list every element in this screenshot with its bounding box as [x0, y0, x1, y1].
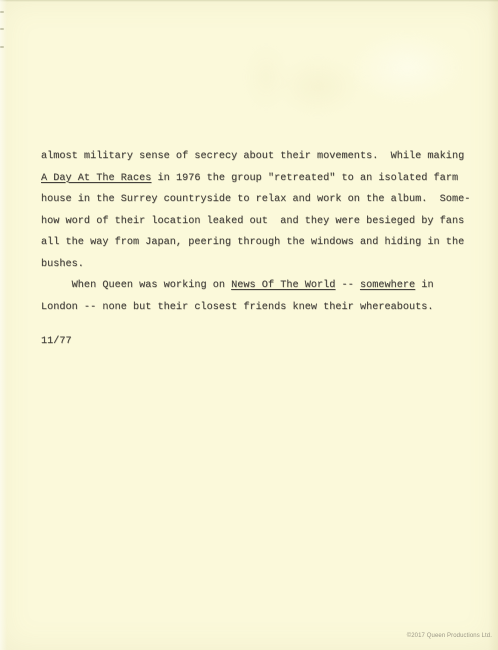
typed-line: all the way from Japan, peering through … [41, 232, 481, 254]
scan-edge-top [0, 0, 498, 2]
text-segment: in [415, 280, 433, 291]
scan-artifact [0, 46, 4, 48]
text-segment: in 1976 the group "retreated" to an isol… [151, 173, 458, 184]
date-code: 11/77 [41, 331, 72, 353]
text-segment: -- [335, 280, 360, 291]
typed-line: how word of their location leaked out an… [41, 211, 481, 233]
text-segment: London -- none but their closest friends… [41, 302, 434, 313]
faint-watermark [238, 18, 473, 136]
scan-artifact [0, 11, 4, 13]
scan-edge-left [0, 0, 7, 650]
underlined-text: News Of The World [231, 280, 335, 291]
underlined-text: somewhere [360, 280, 415, 291]
typed-line: A Day At The Races in 1976 the group "re… [41, 168, 481, 190]
scan-artifact [0, 28, 4, 30]
text-segment: how word of their location leaked out an… [41, 216, 464, 227]
text-segment: bushes. [41, 259, 84, 270]
typed-line: When Queen was working on News Of The Wo… [41, 275, 481, 297]
typed-line: almost military sense of secrecy about t… [41, 146, 481, 168]
text-segment: all the way from Japan, peering through … [41, 237, 464, 248]
underlined-text: A Day At The Races [41, 173, 151, 184]
typed-line: bushes. [41, 254, 481, 276]
typed-text-block: almost military sense of secrecy about t… [41, 146, 481, 318]
text-segment: house in the Surrey countryside to relax… [41, 194, 470, 205]
text-segment: When Queen was working on [41, 280, 231, 291]
scan-edge-right [488, 0, 498, 650]
typed-line: London -- none but their closest friends… [41, 297, 481, 319]
text-segment: almost military sense of secrecy about t… [41, 151, 464, 162]
copyright-notice: ©2017 Queen Productions Ltd. [407, 633, 492, 639]
typed-line: house in the Surrey countryside to relax… [41, 189, 481, 211]
typed-letter-page: almost military sense of secrecy about t… [0, 0, 498, 650]
